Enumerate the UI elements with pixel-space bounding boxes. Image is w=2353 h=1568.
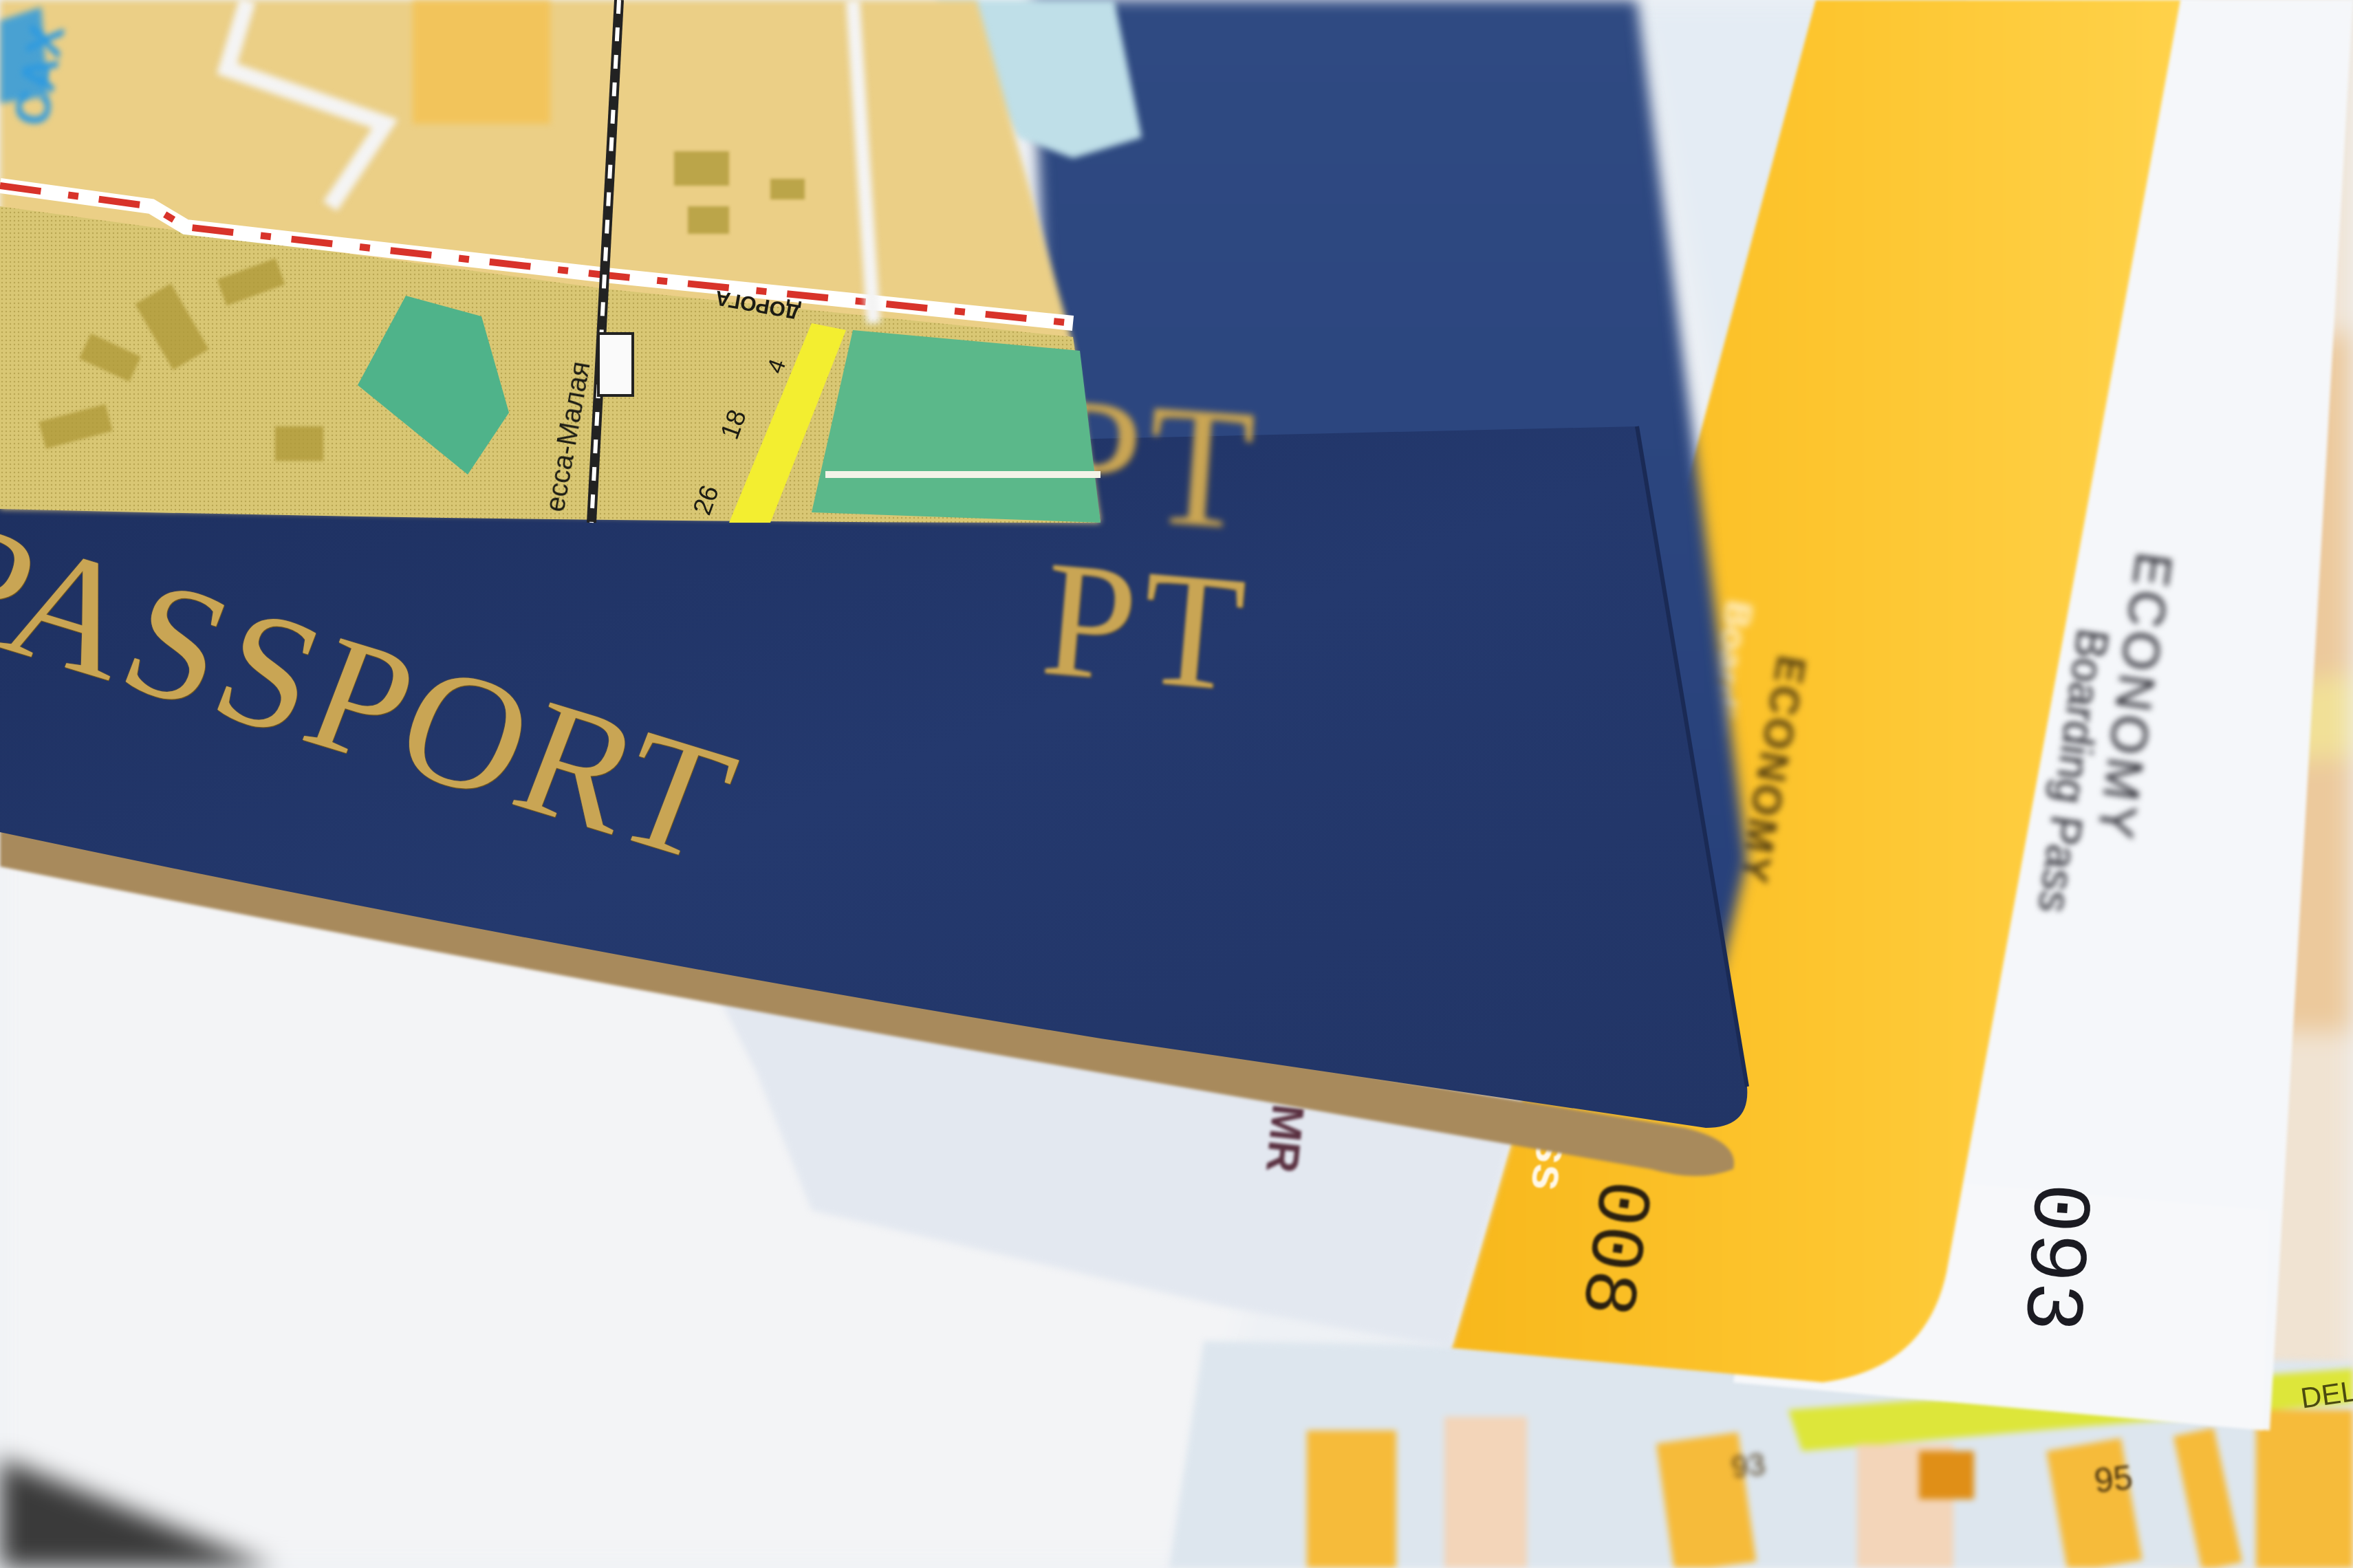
- folded-map: [0, 0, 2353, 1568]
- photo-scene: 93 95 DEL 093 Boarding Pass ECONOMY ECON…: [0, 0, 2353, 1568]
